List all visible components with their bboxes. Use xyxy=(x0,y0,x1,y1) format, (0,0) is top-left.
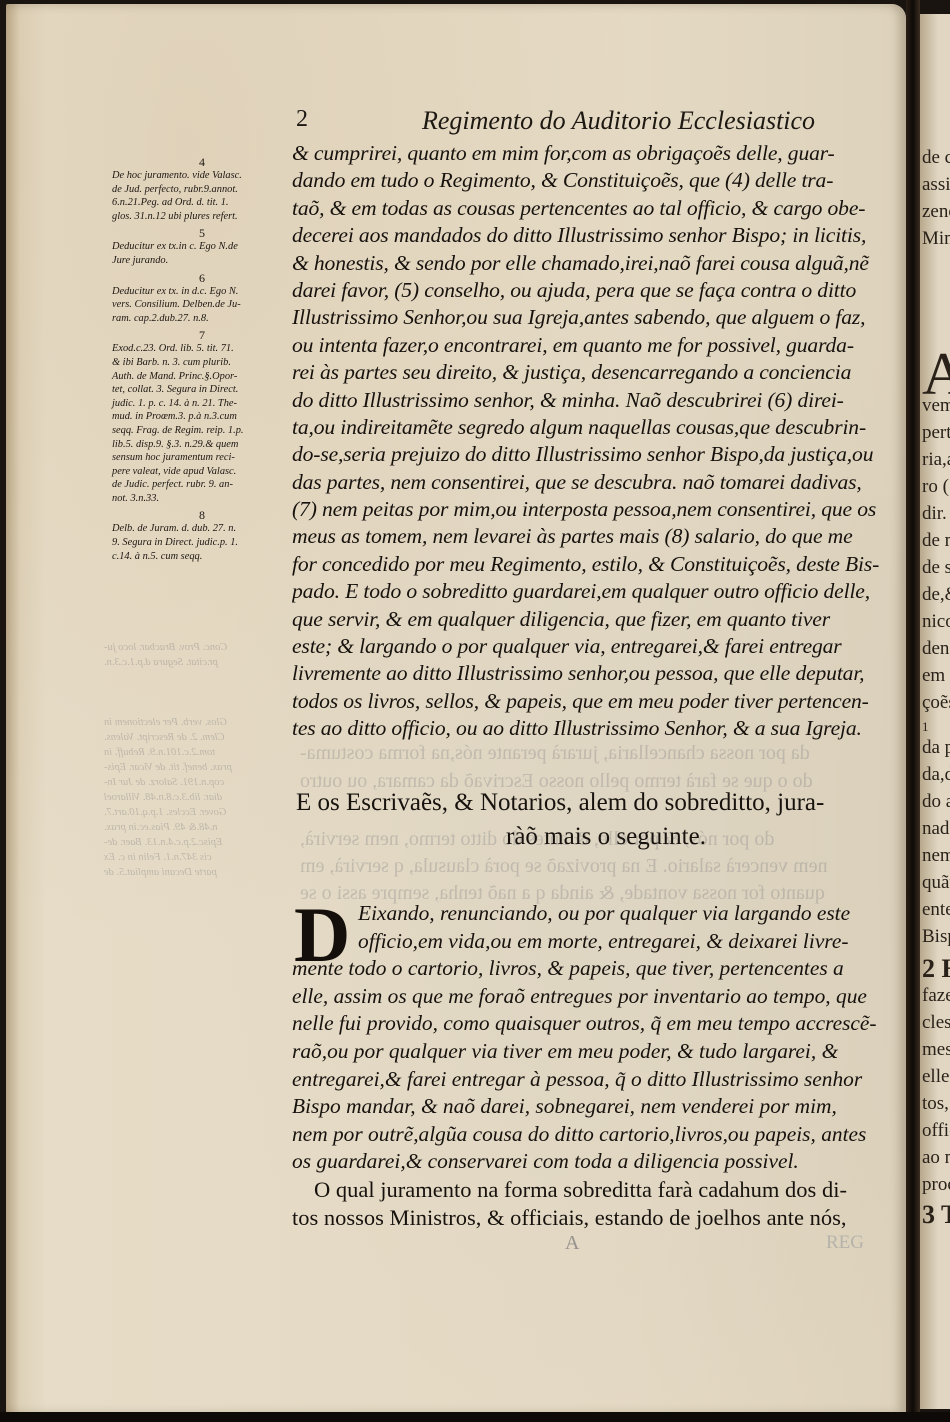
margin-note-5: 5 Deducitur ex tx.in c. Ego N.de Jure ju… xyxy=(112,227,292,267)
text-line: decerei aos mandados do ditto Illustriss… xyxy=(292,222,900,249)
note-line: lib.5. disp.9. §.3. n.29.& quem xyxy=(112,438,292,452)
text-line: os guardarei,& conservarei com toda a di… xyxy=(292,1148,900,1176)
text-line: (7) nem peitas por mim,ou interposta pes… xyxy=(292,496,900,523)
note-line: Deducitur ex tx.in c. Ego N.de xyxy=(112,240,292,254)
facing-text-line: nado xyxy=(922,819,950,838)
note-line: Jure jurando. xyxy=(112,254,292,268)
text-line: nem por outrẽ,algũa cousa do ditto carto… xyxy=(292,1121,900,1149)
heading-line: E os Escrivaẽs, & Notarios, alem do sobr… xyxy=(296,786,896,820)
facing-text-line: vem xyxy=(922,396,950,415)
text-line: O qual juramento na forma sobreditta far… xyxy=(292,1176,900,1204)
facing-section-heading: 2 H xyxy=(922,956,950,982)
facing-text-line: çoẽs xyxy=(922,693,950,712)
note-line: De hoc juramento. vide Valasc. xyxy=(112,169,292,183)
margin-note-8: 8 Delb. de Juram. d. dub. 27. n. 9. Segu… xyxy=(112,509,292,563)
facing-text-line: mes sy xyxy=(922,1040,950,1059)
facing-text-line: pert xyxy=(922,423,950,442)
facing-text-line: da,de xyxy=(922,765,950,784)
text-line: meus as tomem, nem levarei às partes mai… xyxy=(292,523,900,550)
facing-note-number: 1 xyxy=(922,720,929,733)
text-line: do-se,seria prejuizo do ditto Illustriss… xyxy=(292,441,900,468)
note-number: 7 xyxy=(112,329,292,342)
facing-text-line: clesias xyxy=(922,1013,950,1032)
text-line: darei favor, (5) conselho, ou ajuda, per… xyxy=(292,277,900,304)
facing-section-heading: 3 T xyxy=(922,1202,950,1228)
margin-note-4: 4 De hoc juramento. vide Valasc. de Jud.… xyxy=(112,156,292,223)
facing-page-recto: de c assim zeno Min A vem pert ria,a ro … xyxy=(920,14,950,1409)
text-line: mente todo o cartorio, livros, & papeis,… xyxy=(292,955,900,983)
catchword-bleed: REG xyxy=(826,1232,864,1254)
text-line: nelle fui provido, como quaisquer outros… xyxy=(292,1010,900,1038)
text-line: Illustrissimo Senhor,ou sua Igreja,antes… xyxy=(292,304,900,331)
note-line: glos. 31.n.12 ubi plures refert. xyxy=(112,210,292,224)
facing-text-line: de m xyxy=(922,531,950,550)
text-line: tes ao ditto officio, ou ao ditto Illust… xyxy=(292,715,900,742)
note-line: seqq. Frag. de Regim. reip. 1.p. xyxy=(112,424,292,438)
oath-paragraph: & cumprirei, quanto em mim for,com as ob… xyxy=(292,140,900,743)
facing-text-line: da po xyxy=(922,738,950,757)
note-line: Auth. de Mand. Princ.§.Opor- xyxy=(112,370,292,384)
text-line: Eixando, renunciando, ou por qualquer vi… xyxy=(292,900,900,928)
note-line: not. 3.n.33. xyxy=(112,492,292,506)
notary-oath-paragraph: D Eixando, renunciando, ou por qualquer … xyxy=(292,900,900,1231)
facing-text-line: assim xyxy=(922,175,950,194)
facing-text-line: officia xyxy=(922,1121,950,1140)
drop-cap: D xyxy=(294,904,350,966)
text-line: & honestis, & sendo por elle chamado,ire… xyxy=(292,250,900,277)
note-line: de Judic. perfect. rubr. 9. an- xyxy=(112,478,292,492)
note-line: pere valeat, vide apud Valasc. xyxy=(112,465,292,479)
text-line: for concedido por meu Regimento, estilo,… xyxy=(292,551,900,578)
note-line: 9. Segura in Direct. judic.p. 1. xyxy=(112,536,292,550)
text-line: elle, assim os que me foraõ entregues po… xyxy=(292,983,900,1011)
facing-text-line: procis xyxy=(922,1175,950,1194)
note-number: 4 xyxy=(112,156,292,169)
text-line: dando em tudo o Regimento, & Constituiço… xyxy=(292,167,900,194)
facing-text-line: do au xyxy=(922,792,950,811)
book-gutter xyxy=(906,0,920,1422)
text-line: pado. E todo o sobreditto guardarei,em q… xyxy=(292,578,900,605)
note-line: Deducitur ex tx. in d.c. Ego N. xyxy=(112,285,292,299)
note-number: 6 xyxy=(112,272,292,285)
facing-text-line: de c xyxy=(922,148,950,167)
facing-text-line: denc xyxy=(922,639,950,658)
text-line: rei às partes seu direito, & justiça, de… xyxy=(292,359,900,386)
note-line: 6.n.21.Peg. ad Ord. d. tit. 1. xyxy=(112,196,292,210)
facing-text-line: em h xyxy=(922,666,950,685)
note-number: 8 xyxy=(112,509,292,522)
text-line: do ditto Illustrissimo senhor, & minha. … xyxy=(292,387,900,414)
text-line: taõ, & em todas as cousas pertencentes a… xyxy=(292,195,900,222)
facing-text-line: nem v xyxy=(922,846,950,865)
margin-note-7: 7 Exod.c.23. Ord. lib. 5. tit. 71. & ibi… xyxy=(112,329,292,505)
text-line: ta,ou indireitamẽte segredo algum naquel… xyxy=(292,414,900,441)
facing-text-line: tos, v xyxy=(922,1094,950,1113)
text-line: todos os livros, sellos, & papeis, que e… xyxy=(292,688,900,715)
facing-text-line: de se xyxy=(922,558,950,577)
section-heading: E os Escrivaẽs, & Notarios, alem do sobr… xyxy=(296,786,896,854)
note-line: c.14. à n.5. cum seqq. xyxy=(112,550,292,564)
running-title: Regimento do Auditorio Ecclesiastico xyxy=(422,106,815,136)
text-line: ou intenta fazer,o encontrarei, em quant… xyxy=(292,332,900,359)
facing-text-line: nico, xyxy=(922,612,950,631)
text-line: livremente ao ditto Illustrissimo senhor… xyxy=(292,660,900,687)
facing-text-line: ro ( xyxy=(922,477,949,496)
facing-text-line: fazen xyxy=(922,986,950,1005)
signature-mark: A xyxy=(565,1232,579,1255)
facing-text-line: ao nos xyxy=(922,1148,950,1167)
heading-line: ràõ mais o seguinte. xyxy=(296,820,896,854)
facing-text-line: Bispo xyxy=(922,927,950,946)
facing-text-line: Min xyxy=(922,229,950,248)
note-line: ram. cap.2.dub.27. n.8. xyxy=(112,312,292,326)
text-line: Bispo mandar, & naõ darei, sobnegarei, n… xyxy=(292,1093,900,1121)
note-line: judic. 1. p. c. 14. à n. 21. The- xyxy=(112,397,292,411)
margin-notes: 4 De hoc juramento. vide Valasc. de Jud.… xyxy=(112,156,292,567)
facing-text-line: enten xyxy=(922,900,950,919)
facing-text-line: zeno xyxy=(922,202,950,221)
note-line: tet, collat. 3. Segura in Direct. xyxy=(112,383,292,397)
note-line: mud. in Proœm.3. p.à n.3.cum xyxy=(112,410,292,424)
note-line: vers. Consilium. Delben.de Ju- xyxy=(112,298,292,312)
text-line: & cumprirei, quanto em mim for,com as ob… xyxy=(292,140,900,167)
facing-text-line: elle pe xyxy=(922,1067,950,1086)
note-line: & ibi Barb. n. 3. cum plurib. xyxy=(112,356,292,370)
note-line: Exod.c.23. Ord. lib. 5. tit. 71. xyxy=(112,342,292,356)
text-line: officio,em vida,ou em morte, entregarei,… xyxy=(292,928,900,956)
note-line: de Jud. perfecto, rubr.9.annot. xyxy=(112,183,292,197)
margin-note-6: 6 Deducitur ex tx. in d.c. Ego N. vers. … xyxy=(112,272,292,326)
note-line: sensum hoc juramentum reci- xyxy=(112,451,292,465)
text-line: que servir, & em qualquer diligencia, qu… xyxy=(292,606,900,633)
text-line: entregarei,& farei entregar à pessoa, q̃… xyxy=(292,1066,900,1094)
book-bottom-edge xyxy=(0,1412,950,1422)
facing-text-line: de,& xyxy=(922,585,950,604)
text-line: este; & largando o por qualquer via, ent… xyxy=(292,633,900,660)
facing-text-line: quãto xyxy=(922,873,950,892)
facing-text-line: dir. xyxy=(922,504,947,523)
text-line: das partes, nem consentirei, que se desc… xyxy=(292,469,900,496)
note-number: 5 xyxy=(112,227,292,240)
facing-text-line: ria,a xyxy=(922,450,950,469)
text-line: raõ,ou por qualquer via tiver em meu pod… xyxy=(292,1038,900,1066)
page-number: 2 xyxy=(296,106,308,133)
text-line: tos nossos Ministros, & officiais, estan… xyxy=(292,1204,900,1232)
note-line: Delb. de Juram. d. dub. 27. n. xyxy=(112,522,292,536)
